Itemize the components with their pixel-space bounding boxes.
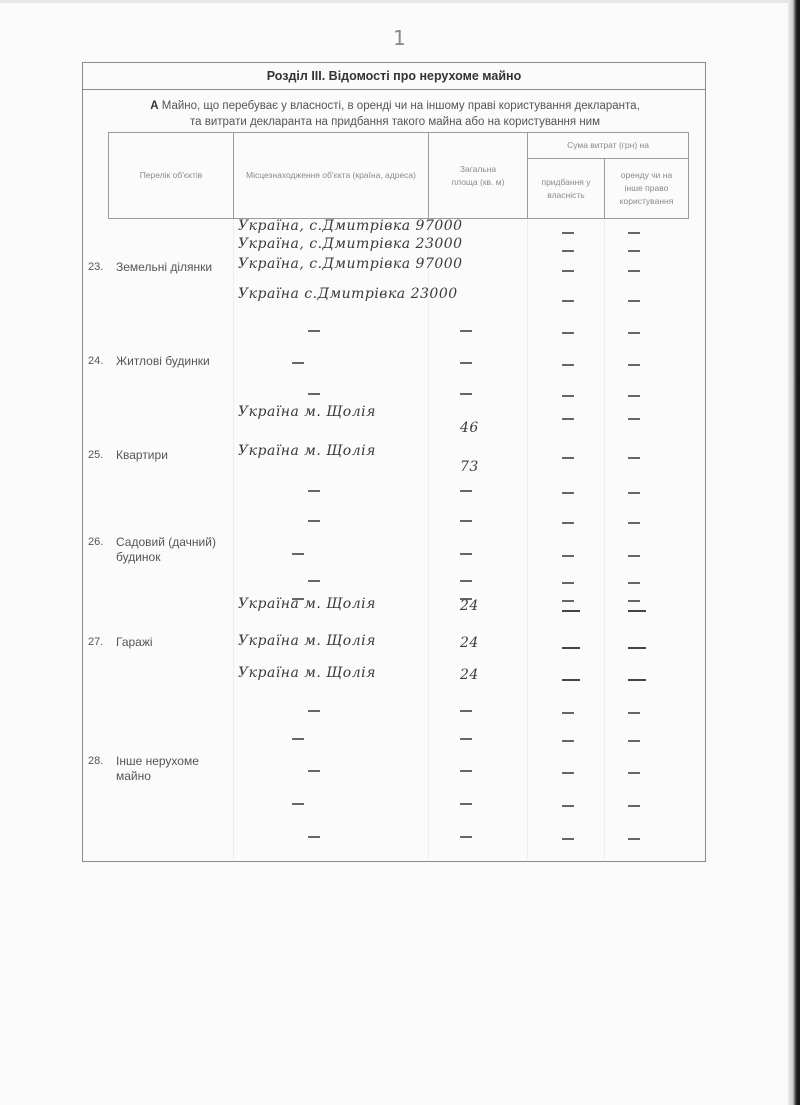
area-dash	[460, 580, 472, 582]
location-dash	[292, 738, 304, 740]
purchase-dash	[562, 838, 574, 840]
header-area: Загальна площа (кв. м)	[428, 132, 528, 219]
rent-dash	[628, 300, 640, 302]
area-dash	[460, 330, 472, 332]
location-dash	[308, 330, 320, 332]
row-number: 26.	[88, 536, 103, 548]
handwritten-location: Україна м. Щолія	[238, 404, 376, 420]
location-dash	[308, 580, 320, 582]
rent-dash	[628, 805, 640, 807]
area-dash	[460, 710, 472, 712]
row-number: 27.	[88, 636, 103, 648]
handwritten-location: Україна м. Щолія	[238, 665, 376, 681]
rent-dash	[628, 457, 640, 459]
row-category: Житлові будинки	[116, 354, 226, 369]
header-purchase: придбання у власність	[527, 158, 605, 219]
row-category: Земельні ділянки	[116, 260, 226, 275]
purchase-dash	[562, 232, 574, 234]
row-number: 23.	[88, 261, 103, 273]
rent-dash	[628, 364, 640, 366]
header-rent: оренду чи на інше право користування	[604, 158, 689, 219]
location-dash	[308, 520, 320, 522]
rent-dash	[628, 250, 640, 252]
purchase-dash	[562, 300, 574, 302]
purchase-dash	[562, 805, 574, 807]
column-guide	[233, 219, 234, 859]
location-dash	[292, 362, 304, 364]
scan-edge-top	[0, 0, 800, 3]
rent-dash	[628, 740, 640, 742]
rent-dash	[628, 712, 640, 714]
purchase-dash	[562, 679, 580, 681]
rent-dash	[628, 232, 640, 234]
area-dash	[460, 803, 472, 805]
row-category: Садовий (дачний) будинок	[116, 535, 226, 565]
handwritten-area: 73	[460, 459, 479, 475]
row-category: Інше нерухоме майно	[116, 754, 226, 784]
header-location: Місцезнаходження об'єкта (країна, адреса…	[233, 132, 429, 219]
handwritten-area: 24	[460, 667, 479, 683]
row-number: 25.	[88, 449, 103, 461]
purchase-dash	[562, 395, 574, 397]
rent-dash	[628, 647, 646, 649]
handwritten-location: Україна, с.Дмитрівка 97000	[238, 218, 463, 234]
purchase-dash	[562, 600, 574, 602]
purchase-dash	[562, 610, 580, 612]
subsection-heading: А Майно, що перебуває у власності, в оре…	[100, 98, 690, 130]
purchase-dash	[562, 740, 574, 742]
purchase-dash	[562, 332, 574, 334]
area-dash	[460, 362, 472, 364]
purchase-dash	[562, 555, 574, 557]
area-dash	[460, 553, 472, 555]
handwritten-area: 24	[460, 635, 479, 651]
row-number: 28.	[88, 755, 103, 767]
handwritten-location: Україна м. Щолія	[238, 633, 376, 649]
purchase-dash	[562, 522, 574, 524]
location-dash	[292, 553, 304, 555]
purchase-dash	[562, 418, 574, 420]
purchase-dash	[562, 772, 574, 774]
rent-dash	[628, 332, 640, 334]
subsection-line1: Майно, що перебуває у власності, в оренд…	[162, 100, 640, 112]
rent-dash	[628, 270, 640, 272]
purchase-dash	[562, 492, 574, 494]
area-dash	[460, 738, 472, 740]
area-dash	[460, 490, 472, 492]
row-category: Квартири	[116, 448, 226, 463]
area-dash	[460, 836, 472, 838]
subsection-line2: та витрати декларанта на придбання таког…	[190, 116, 600, 128]
area-dash	[460, 770, 472, 772]
column-guide	[527, 219, 528, 859]
header-objects: Перелік об'єктів	[108, 132, 234, 219]
area-dash	[460, 520, 472, 522]
column-guide	[428, 219, 429, 859]
handwritten-area: 24	[460, 598, 479, 614]
page-number: 1	[393, 26, 406, 50]
location-dash	[308, 770, 320, 772]
location-dash	[308, 836, 320, 838]
rent-dash	[628, 600, 640, 602]
handwritten-location: Україна с.Дмитрівка 23000	[238, 286, 458, 302]
location-dash	[308, 393, 320, 395]
header-expenses-group: Сума витрат (грн) на	[527, 132, 689, 159]
rent-dash	[628, 492, 640, 494]
purchase-dash	[562, 364, 574, 366]
handwritten-location: Україна м. Щолія	[238, 443, 376, 459]
purchase-dash	[562, 712, 574, 714]
row-number: 24.	[88, 355, 103, 367]
location-dash	[308, 710, 320, 712]
rent-dash	[628, 610, 646, 612]
purchase-dash	[562, 647, 580, 649]
rent-dash	[628, 838, 640, 840]
location-dash	[308, 490, 320, 492]
purchase-dash	[562, 250, 574, 252]
area-dash	[460, 393, 472, 395]
handwritten-location: Україна м. Щолія	[238, 596, 376, 612]
rent-dash	[628, 582, 640, 584]
purchase-dash	[562, 270, 574, 272]
handwritten-location: Україна, с.Дмитрівка 97000	[238, 256, 463, 272]
rent-dash	[628, 418, 640, 420]
rent-dash	[628, 679, 646, 681]
rent-dash	[628, 772, 640, 774]
rent-dash	[628, 555, 640, 557]
column-guide	[604, 219, 605, 859]
subsection-letter: А	[150, 100, 158, 112]
row-category: Гаражі	[116, 635, 226, 650]
handwritten-location: Україна, с.Дмитрівка 23000	[238, 236, 463, 252]
purchase-dash	[562, 582, 574, 584]
handwritten-area: 46	[460, 420, 479, 436]
scan-edge-right	[788, 0, 800, 1105]
rent-dash	[628, 395, 640, 397]
rent-dash	[628, 522, 640, 524]
location-dash	[292, 803, 304, 805]
purchase-dash	[562, 457, 574, 459]
section-title: Розділ ІІІ. Відомості про нерухоме майно	[82, 62, 706, 90]
